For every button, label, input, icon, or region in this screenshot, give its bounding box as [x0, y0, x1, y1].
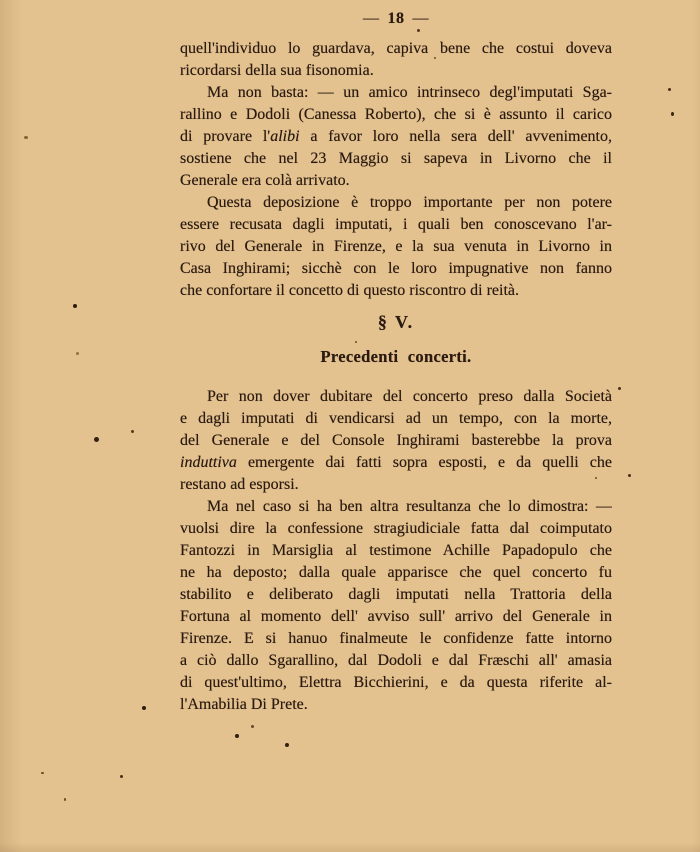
text-line: Ma nel caso si ha ben altra resultanza c…	[180, 496, 612, 518]
scan-page: { "colors": { "paper": "#e3c28f", "ink":…	[0, 0, 700, 852]
text-line: ricordarsi della sua fisonomia.	[180, 60, 612, 82]
header-dash-left: —	[363, 10, 380, 27]
text-line: e dagli imputati di vendicarsi ad un tem…	[180, 408, 612, 430]
dust-speck	[618, 387, 621, 390]
text-line: l'Amabilia Di Prete.	[180, 694, 612, 716]
book-page: —18— quell'individuo lo guardava, capiva…	[0, 0, 700, 852]
dust-speck	[628, 474, 631, 477]
text-line: rivo del Generale in Firenze, e la sua v…	[180, 236, 612, 258]
text-line: restano ad esporsi.	[180, 474, 612, 496]
page-number: 18	[388, 10, 405, 27]
dust-speck	[76, 352, 79, 355]
text-line: quell'individuo lo guardava, capiva bene…	[180, 38, 612, 60]
dust-speck	[668, 88, 671, 91]
text-line: che confortare il concetto di questo ris…	[180, 280, 612, 302]
dust-speck	[94, 437, 99, 442]
page-edge-shadow-left	[0, 0, 22, 852]
dust-speck	[417, 29, 420, 32]
text-line: essere recusata dagli imputati, i quali …	[180, 214, 612, 236]
dust-speck	[235, 734, 239, 738]
text-line: a ciò dallo Sgarallino, dal Dodoli e dal…	[180, 650, 612, 672]
text-line: Generale era colà arrivato.	[180, 170, 612, 192]
dust-speck	[120, 775, 123, 778]
text-line: sostiene che nel 23 Maggio si sapeva in …	[180, 148, 612, 170]
dust-speck	[64, 798, 66, 801]
text-line: Per non dover dubitare del concerto pres…	[180, 386, 612, 408]
page-header: —18—	[180, 9, 612, 29]
text-line: Fortuna al momento dell' avviso sull' ar…	[180, 606, 612, 628]
text-line: induttiva emergente dai fatti sopra espo…	[180, 452, 612, 474]
text-line: stabilito e deliberato dagli imputati ne…	[180, 584, 612, 606]
dust-speck	[671, 112, 674, 116]
text-line: di quest'ultimo, Elettra Bicchierini, e …	[180, 672, 612, 694]
dust-speck	[285, 743, 289, 747]
dust-speck	[41, 772, 44, 774]
page-edge-shadow-right	[692, 0, 700, 852]
dust-speck	[24, 136, 28, 139]
page-edge-shadow-bottom	[0, 842, 700, 852]
dust-speck	[73, 304, 77, 308]
text-body: quell'individuo lo guardava, capiva bene…	[180, 38, 612, 716]
text-line: del Generale e del Console Inghirami bas…	[180, 430, 612, 452]
dust-speck	[142, 706, 146, 710]
text-line: ne ha deposto; dalla quale apparisce che…	[180, 562, 612, 584]
text-line: Ma non basta: — un amico intrinseco degl…	[180, 82, 612, 104]
dust-speck	[131, 430, 134, 433]
dust-speck	[251, 725, 254, 728]
text-line: di provare l'alibi a favor loro nella se…	[180, 126, 612, 148]
text-line: Firenze. E si hanuo finalmeute le confid…	[180, 628, 612, 650]
text-line: Casa Inghirami; sicchè con le loro impug…	[180, 258, 612, 280]
text-line: vuolsi dire la confessione stragiudicial…	[180, 518, 612, 540]
text-line: rallino e Dodoli (Canessa Roberto), che …	[180, 104, 612, 126]
text-line: Fantozzi in Marsiglia al testimone Achil…	[180, 540, 612, 562]
header-dash-right: —	[413, 10, 430, 27]
section-mark: § V.	[180, 311, 612, 333]
section-title: Precedenti concerti.	[180, 346, 612, 368]
text-line: Questa deposizione è troppo importante p…	[180, 192, 612, 214]
